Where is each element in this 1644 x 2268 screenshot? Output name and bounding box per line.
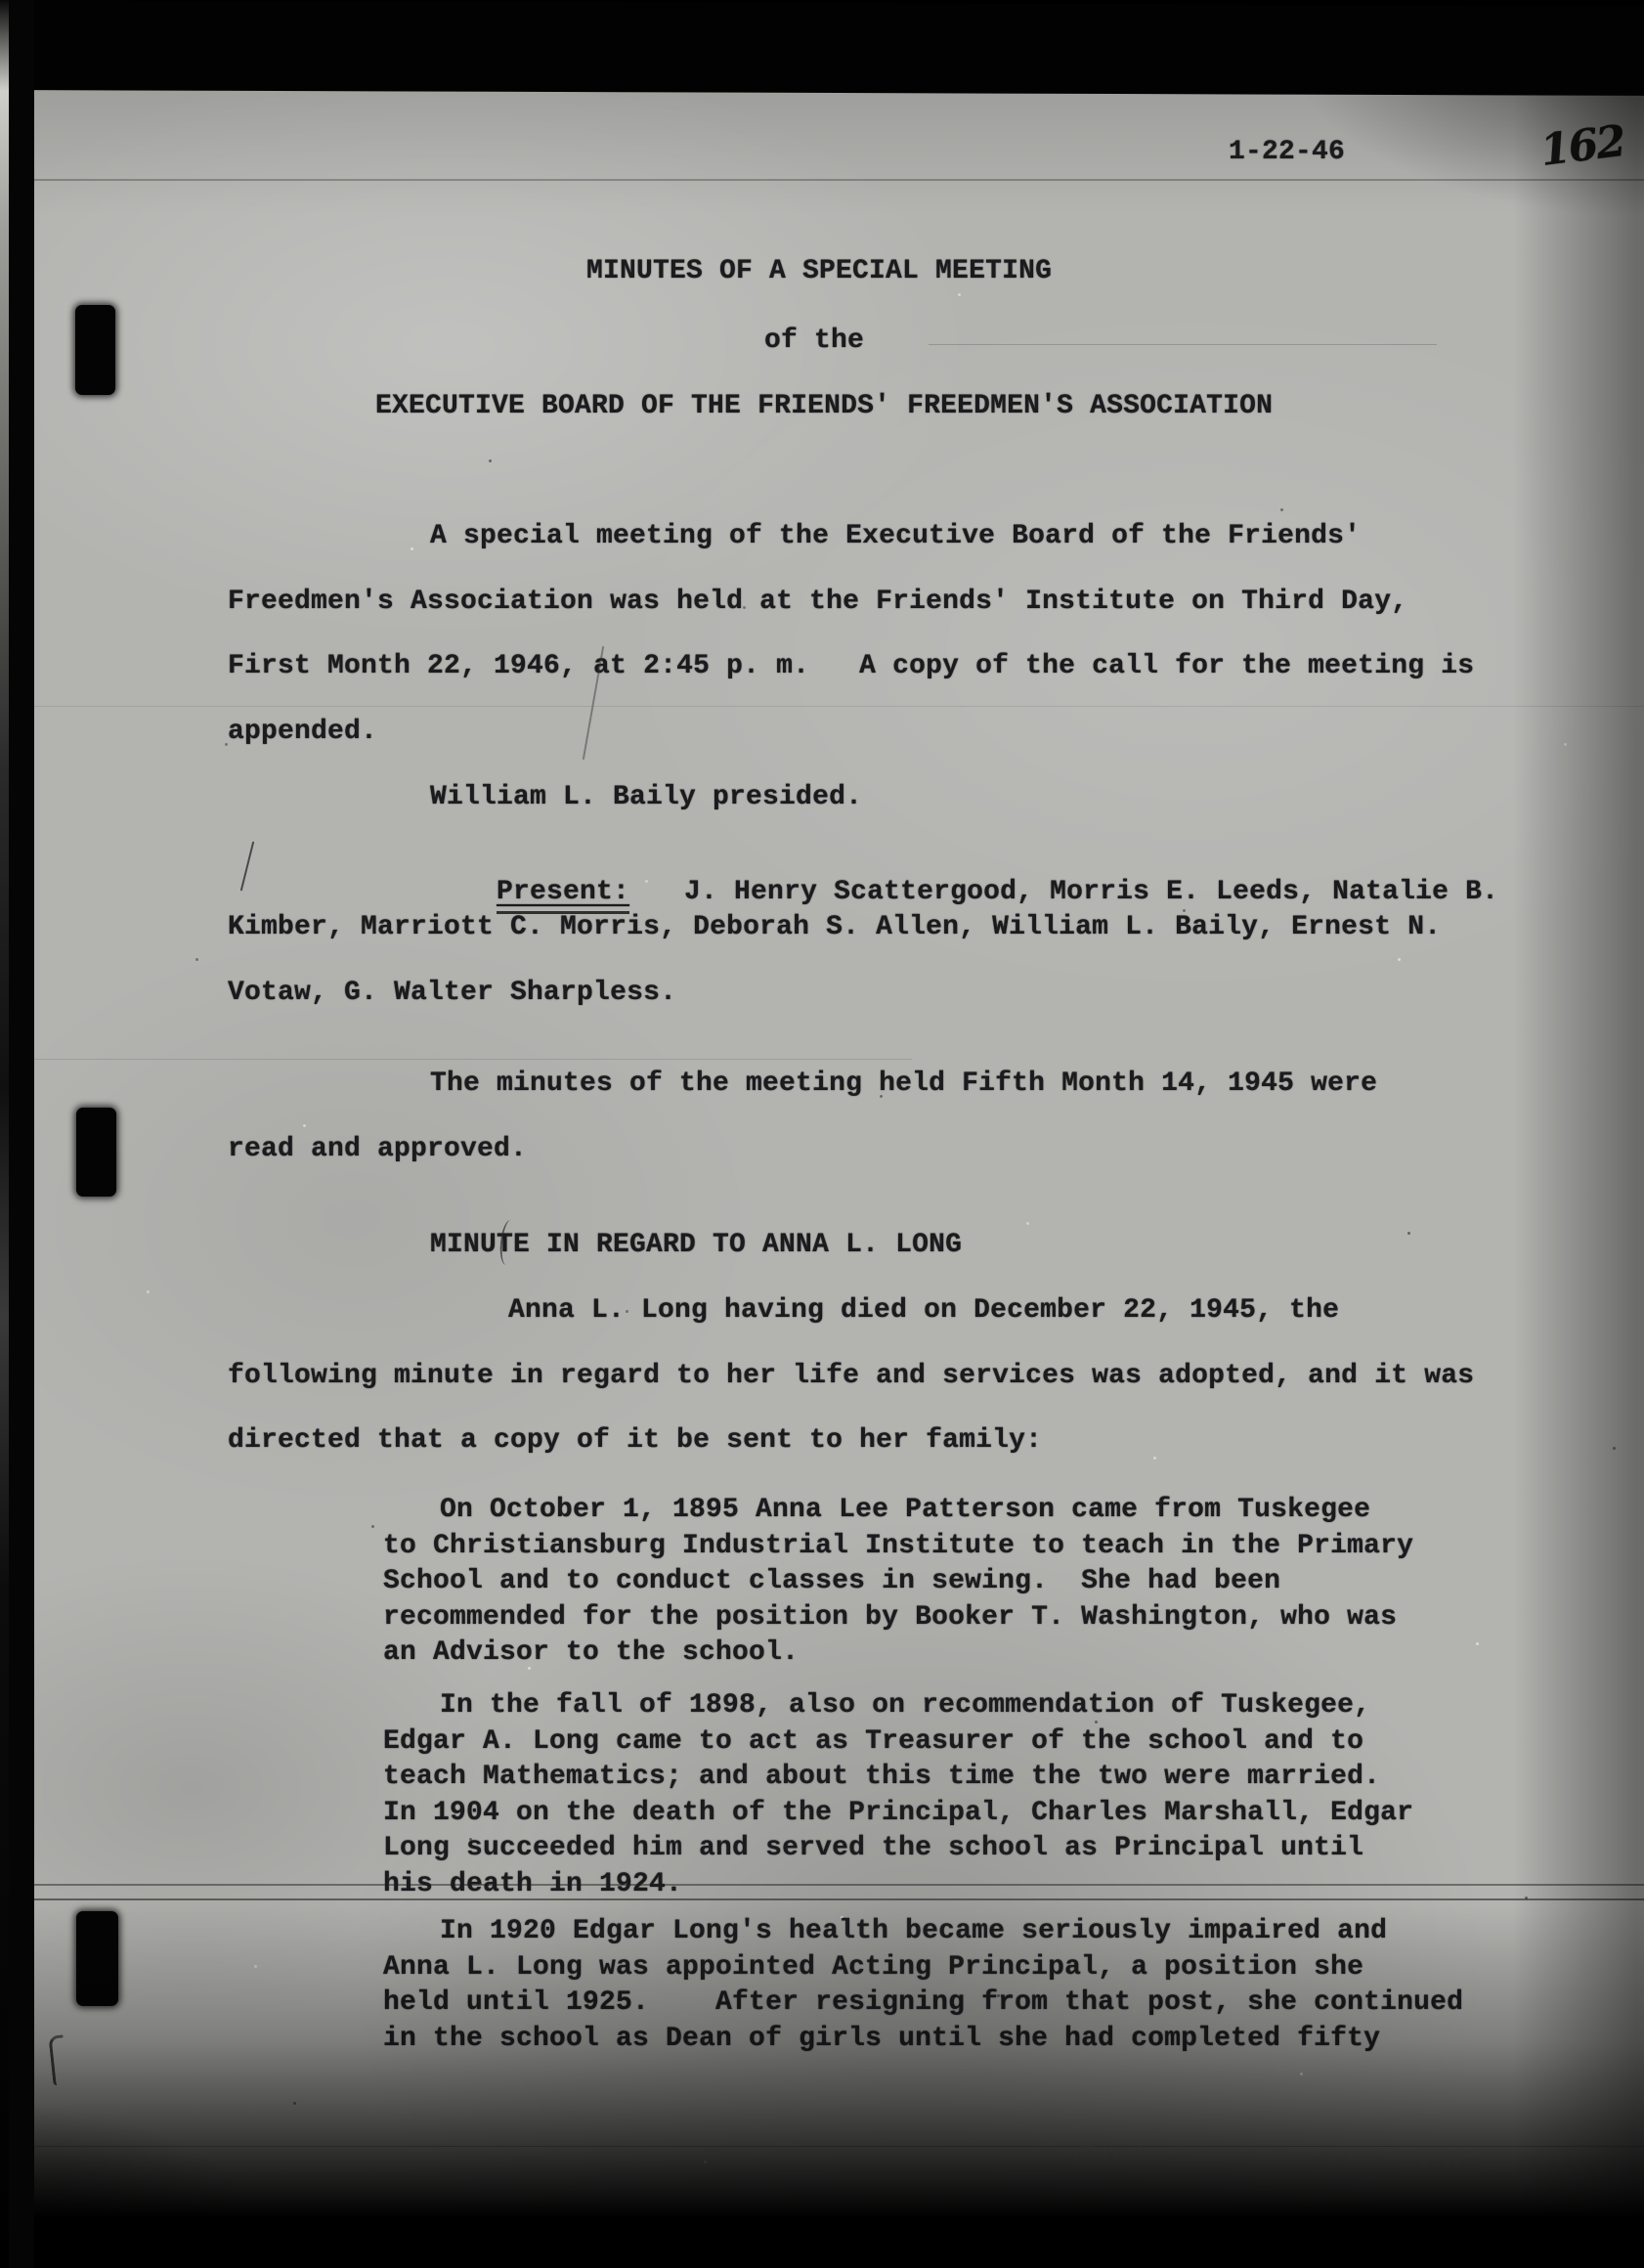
block-line: his death in 1924. xyxy=(383,1867,1413,1903)
block-line: On October 1, 1895 Anna Lee Patterson ca… xyxy=(383,1493,1413,1529)
block-line: Anna L. Long was appointed Acting Princi… xyxy=(383,1950,1463,1986)
minutes-approved-line: The minutes of the meeting held Fifth Mo… xyxy=(430,1069,1377,1099)
scan-top-border xyxy=(0,0,1644,96)
minutes-approved-line: read and approved. xyxy=(228,1134,527,1164)
handwritten-page-number: 162 xyxy=(1537,116,1626,176)
block-line: an Advisor to the school. xyxy=(383,1636,1413,1672)
block-line: Long succeeded him and served the school… xyxy=(383,1831,1413,1867)
block-line: recommended for the position by Booker T… xyxy=(383,1600,1413,1636)
opening-paragraph-line: Freedmen's Association was held at the F… xyxy=(228,587,1407,617)
block-line: to Christiansburg Industrial Institute t… xyxy=(383,1529,1413,1565)
block-line: In 1920 Edgar Long's health became serio… xyxy=(383,1914,1463,1950)
binding-hole-bottom xyxy=(76,1911,118,2006)
present-label: Present: xyxy=(497,877,629,914)
opening-paragraph-line: A special meeting of the Executive Board… xyxy=(430,521,1361,551)
scan-line xyxy=(32,179,1644,181)
watermark-text: Christiansburg Institute xyxy=(1073,2137,1480,2178)
block-line: in the school as Dean of girls until she… xyxy=(383,2022,1463,2058)
date-stamp: 1-22-46 xyxy=(1229,137,1345,167)
present-names: J. Henry Scattergood, Morris E. Leeds, N… xyxy=(684,877,1498,907)
anna-paragraph-line: directed that a copy of it be sent to he… xyxy=(228,1425,1042,1456)
minute-block-2: In the fall of 1898, also on recommendat… xyxy=(383,1688,1413,1902)
anna-paragraph-line: Anna L. Long having died on December 22,… xyxy=(508,1295,1339,1326)
block-line: held until 1925. After resigning from th… xyxy=(383,1985,1463,2022)
present-line-3: Votaw, G. Walter Sharpless. xyxy=(228,978,676,1008)
binding-hole-middle xyxy=(76,1108,116,1197)
presided-line: William L. Baily presided. xyxy=(430,782,862,812)
opening-paragraph-line: appended. xyxy=(228,717,377,747)
minute-block-1: On October 1, 1895 Anna Lee Patterson ca… xyxy=(383,1493,1413,1672)
block-line: School and to conduct classes in sewing.… xyxy=(383,1564,1413,1600)
block-line: In 1904 on the death of the Principal, C… xyxy=(383,1796,1413,1832)
opening-paragraph-line: First Month 22, 1946, at 2:45 p. m. A co… xyxy=(228,651,1474,681)
scan-line xyxy=(32,1059,912,1060)
scan-line xyxy=(929,344,1437,345)
block-line: Edgar A. Long came to act as Treasurer o… xyxy=(383,1724,1413,1761)
title-line-1: MINUTES OF A SPECIAL MEETING xyxy=(586,256,1052,286)
film-black-strip xyxy=(9,0,34,2268)
title-line-2: of the xyxy=(764,326,864,356)
film-edge-strip xyxy=(0,0,9,2268)
document-scan: 1-22-46 162 MINUTES OF A SPECIAL MEETING… xyxy=(0,0,1644,2268)
block-line: teach Mathematics; and about this time t… xyxy=(383,1760,1413,1796)
scan-line xyxy=(32,706,1644,707)
anna-paragraph-line: following minute in regard to her life a… xyxy=(228,1361,1474,1391)
block-line: In the fall of 1898, also on recommendat… xyxy=(383,1688,1413,1724)
binding-hole-top xyxy=(75,305,115,395)
present-line-2: Kimber, Marriott C. Morris, Deborah S. A… xyxy=(228,912,1441,942)
title-line-3: EXECUTIVE BOARD OF THE FRIENDS' FREEDMEN… xyxy=(375,391,1273,421)
minute-block-3: In 1920 Edgar Long's health became serio… xyxy=(383,1914,1463,2057)
